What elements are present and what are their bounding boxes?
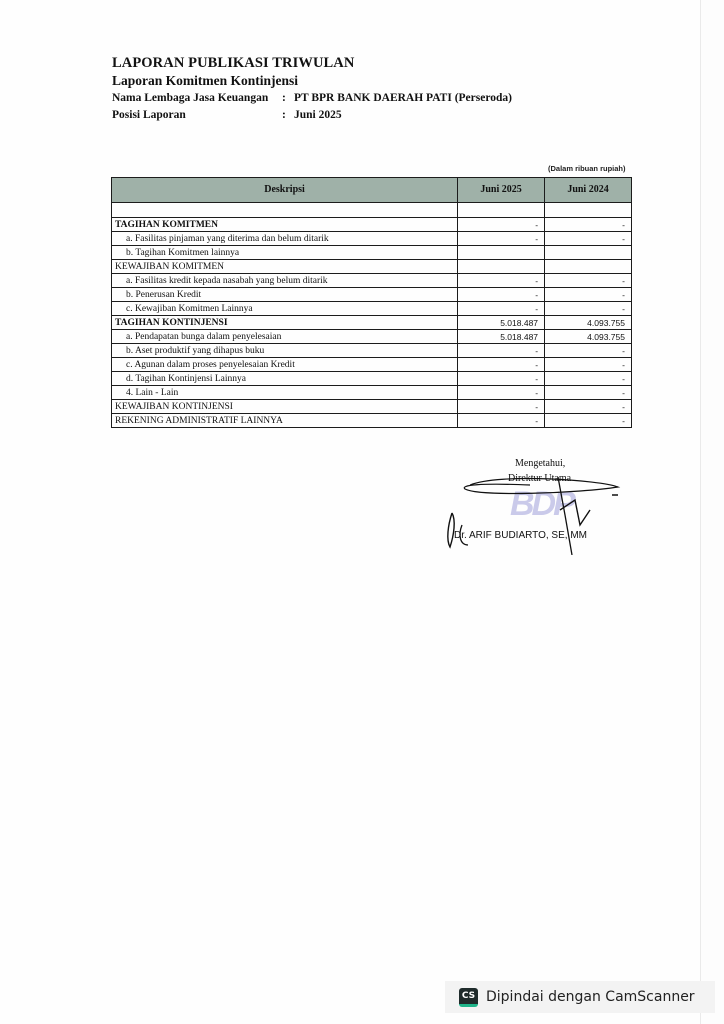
- table-row: REKENING ADMINISTRATIF LAINNYA--: [112, 414, 632, 428]
- value-juni-2024: [545, 260, 632, 274]
- watermark-text: Dipindai dengan CamScanner: [486, 989, 695, 1005]
- value-juni-2024: -: [545, 232, 632, 246]
- item-label: c. Agunan dalam proses penyelesaian Kred…: [112, 358, 458, 372]
- item-label: a. Fasilitas pinjaman yang diterima dan …: [112, 232, 458, 246]
- value-juni-2025: 5.018.487: [458, 330, 545, 344]
- table-row: d. Tagihan Kontinjensi Lainnya--: [112, 372, 632, 386]
- table-row: KEWAJIBAN KONTINJENSI--: [112, 400, 632, 414]
- report-header: LAPORAN PUBLIKASI TRIWULAN Laporan Komit…: [112, 54, 512, 124]
- value-juni-2024: -: [545, 302, 632, 316]
- value-juni-2024: -: [545, 372, 632, 386]
- value-juni-2024: [545, 246, 632, 260]
- value-juni-2024: -: [545, 344, 632, 358]
- value-juni-2025: -: [458, 274, 545, 288]
- item-label: a. Fasilitas kredit kepada nasabah yang …: [112, 274, 458, 288]
- table-row: TAGIHAN KOMITMEN--: [112, 218, 632, 232]
- table-row: a. Fasilitas kredit kepada nasabah yang …: [112, 274, 632, 288]
- value-juni-2024: -: [545, 274, 632, 288]
- value-juni-2024: -: [545, 288, 632, 302]
- value-juni-2024: 4.093.755: [545, 316, 632, 330]
- item-label: b. Penerusan Kredit: [112, 288, 458, 302]
- table-row: b. Tagihan Komitmen lainnya: [112, 246, 632, 260]
- column-header-juni-2025: Juni 2025: [458, 178, 545, 203]
- value-juni-2025: -: [458, 302, 545, 316]
- item-label: 4. Lain - Lain: [112, 386, 458, 400]
- institution-row: Nama Lembaga Jasa Keuangan : PT BPR BANK…: [112, 90, 512, 107]
- value-juni-2025: 5.018.487: [458, 316, 545, 330]
- value-juni-2025: -: [458, 358, 545, 372]
- section-label: KEWAJIBAN KOMITMEN: [112, 260, 458, 274]
- item-label: c. Kewajiban Komitmen Lainnya: [112, 302, 458, 316]
- value-juni-2025: [458, 260, 545, 274]
- separator: :: [282, 90, 294, 107]
- table-row: c. Agunan dalam proses penyelesaian Kred…: [112, 358, 632, 372]
- section-label: TAGIHAN KONTINJENSI: [112, 316, 458, 330]
- institution-value: PT BPR BANK DAERAH PATI (Perseroda): [294, 90, 512, 107]
- position-value: Juni 2025: [294, 107, 342, 124]
- section-label: TAGIHAN KOMITMEN: [112, 218, 458, 232]
- section-label: KEWAJIBAN KONTINJENSI: [112, 400, 458, 414]
- empty-cell: [458, 203, 545, 218]
- item-label: d. Tagihan Kontinjensi Lainnya: [112, 372, 458, 386]
- section-label: REKENING ADMINISTRATIF LAINNYA: [112, 414, 458, 428]
- table-spacer-row: [112, 203, 632, 218]
- empty-cell: [545, 203, 632, 218]
- value-juni-2025: -: [458, 414, 545, 428]
- value-juni-2024: -: [545, 358, 632, 372]
- value-juni-2025: -: [458, 344, 545, 358]
- item-label: b. Tagihan Komitmen lainnya: [112, 246, 458, 260]
- institution-label: Nama Lembaga Jasa Keuangan: [112, 90, 282, 107]
- table-row: KEWAJIBAN KOMITMEN: [112, 260, 632, 274]
- item-label: b. Aset produktif yang dihapus buku: [112, 344, 458, 358]
- signatory-role: Direktur Utama: [508, 473, 571, 484]
- signatory-name: Dr. ARIF BUDIARTO, SE, MM: [454, 530, 587, 541]
- value-juni-2025: -: [458, 386, 545, 400]
- commitment-contingency-table: Deskripsi Juni 2025 Juni 2024 TAGIHAN KO…: [111, 177, 632, 428]
- value-juni-2025: -: [458, 400, 545, 414]
- value-juni-2025: -: [458, 288, 545, 302]
- value-juni-2025: -: [458, 232, 545, 246]
- table-row: a. Fasilitas pinjaman yang diterima dan …: [112, 232, 632, 246]
- value-juni-2025: [458, 246, 545, 260]
- table-row: a. Pendapatan bunga dalam penyelesaian5.…: [112, 330, 632, 344]
- position-row: Posisi Laporan : Juni 2025: [112, 107, 512, 124]
- column-header-juni-2024: Juni 2024: [545, 178, 632, 203]
- report-title: LAPORAN PUBLIKASI TRIWULAN: [112, 54, 512, 72]
- camscanner-logo-icon: CS: [459, 988, 478, 1007]
- value-juni-2024: -: [545, 400, 632, 414]
- table-row: b. Aset produktif yang dihapus buku--: [112, 344, 632, 358]
- position-label: Posisi Laporan: [112, 107, 282, 124]
- separator: :: [282, 107, 294, 124]
- table-row: c. Kewajiban Komitmen Lainnya--: [112, 302, 632, 316]
- empty-cell: [112, 203, 458, 218]
- table-header-row: Deskripsi Juni 2025 Juni 2024: [112, 178, 632, 203]
- acknowledged-label: Mengetahui,: [515, 458, 565, 469]
- value-juni-2024: 4.093.755: [545, 330, 632, 344]
- column-header-description: Deskripsi: [112, 178, 458, 203]
- value-juni-2024: -: [545, 386, 632, 400]
- value-juni-2024: -: [545, 414, 632, 428]
- value-juni-2024: -: [545, 218, 632, 232]
- report-subtitle: Laporan Komitmen Kontinjensi: [112, 72, 512, 90]
- camscanner-watermark: CS Dipindai dengan CamScanner: [445, 981, 715, 1013]
- signature-block: BDP Mengetahui, Direktur Utama Dr. ARIF …: [440, 455, 660, 555]
- value-juni-2025: -: [458, 218, 545, 232]
- table-row: 4. Lain - Lain--: [112, 386, 632, 400]
- table-row: b. Penerusan Kredit--: [112, 288, 632, 302]
- item-label: a. Pendapatan bunga dalam penyelesaian: [112, 330, 458, 344]
- table-row: TAGIHAN KONTINJENSI5.018.4874.093.755: [112, 316, 632, 330]
- unit-note: (Dalam ribuan rupiah): [548, 164, 626, 173]
- value-juni-2025: -: [458, 372, 545, 386]
